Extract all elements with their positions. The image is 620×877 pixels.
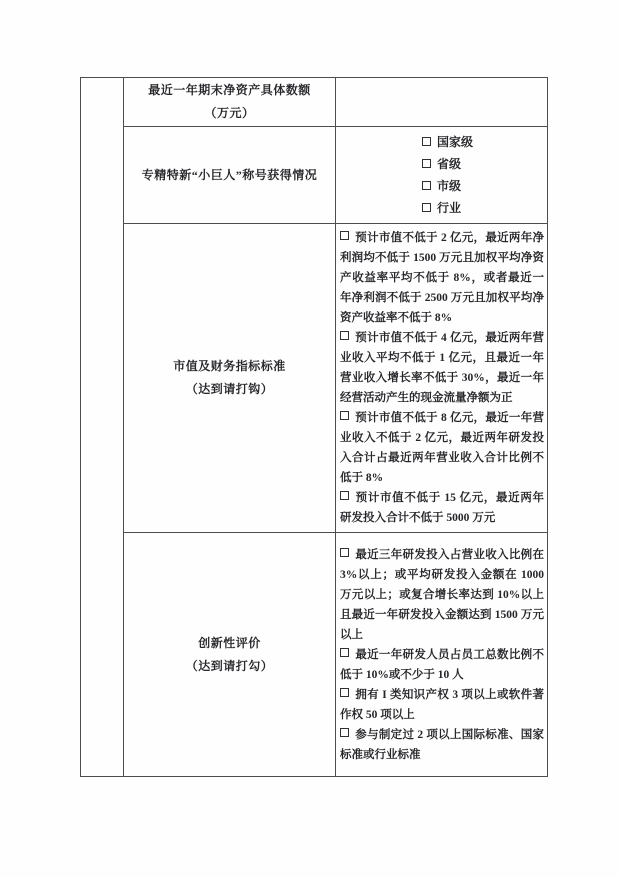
criteria-item-innov-1: 最近三年研发投入占营业收入比例在 3%以上；或平均研发投入金额在 1000 万元…: [340, 545, 544, 645]
row-label-innovation-line1: 创新性评价: [125, 632, 334, 655]
scanned-document-page: 最近一年期末净资产具体数额 （万元） 专精特新“小巨人”称号获得情况 国家级 省…: [0, 0, 620, 877]
table-row-market-criteria: 市值及财务指标标准 （达到请打钩） 预计市值不低于 2 亿元，最近两年净利润均不…: [81, 224, 548, 533]
left-span-cell: [81, 78, 124, 777]
criteria-item-innov-3: 拥有 I 类知识产权 3 项以上或软件著作权 50 项以上: [340, 685, 544, 725]
innovation-criteria-cell: 最近三年研发投入占营业收入比例在 3%以上；或平均研发投入金额在 1000 万元…: [336, 533, 548, 777]
option-municipal[interactable]: 市级: [422, 175, 544, 197]
little-giant-options-cell: 国家级 省级 市级 行业: [336, 127, 548, 224]
option-label: 市级: [437, 179, 461, 193]
checkbox-icon[interactable]: [340, 491, 349, 500]
checkbox-icon[interactable]: [422, 137, 431, 146]
row-label-innovation-line2: （达到请打勾）: [125, 655, 334, 678]
criteria-item-text: 最近一年研发人员占员工总数比例不低于 10%或不少于 10 人: [340, 649, 544, 681]
table-row-innovation: 创新性评价 （达到请打勾） 最近三年研发投入占营业收入比例在 3%以上；或平均研…: [81, 533, 548, 777]
checkbox-icon[interactable]: [340, 231, 349, 240]
row-label-net-assets-line1: 最近一年期末净资产具体数额: [125, 79, 334, 102]
row-label-innovation: 创新性评价 （达到请打勾）: [124, 533, 336, 777]
net-assets-value-cell[interactable]: [336, 78, 548, 127]
criteria-item-market-3: 预计市值不低于 8 亿元，最近一年营业收入不低于 2 亿元，最近两年研发投入合计…: [340, 408, 544, 488]
row-label-market-criteria: 市值及财务指标标准 （达到请打钩）: [124, 224, 336, 533]
table-row-net-assets: 最近一年期末净资产具体数额 （万元）: [81, 78, 548, 127]
table-row-little-giant-title: 专精特新“小巨人”称号获得情况 国家级 省级 市级 行业: [81, 127, 548, 224]
checkbox-icon[interactable]: [422, 181, 431, 190]
criteria-table: 最近一年期末净资产具体数额 （万元） 专精特新“小巨人”称号获得情况 国家级 省…: [80, 77, 548, 777]
row-label-market-line1: 市值及财务指标标准: [125, 355, 334, 378]
criteria-item-innov-4: 参与制定过 2 项以上国际标准、国家标准或行业标准: [340, 725, 544, 765]
checkbox-icon[interactable]: [422, 159, 431, 168]
option-industry[interactable]: 行业: [422, 197, 544, 219]
checkbox-icon[interactable]: [340, 728, 349, 737]
row-label-net-assets-line2: （万元）: [125, 102, 334, 125]
criteria-item-market-2: 预计市值不低于 4 亿元，最近两年营业收入平均不低于 1 亿元，且最近一年营业收…: [340, 328, 544, 408]
checkbox-icon[interactable]: [340, 548, 349, 557]
criteria-item-text: 预计市值不低于 2 亿元，最近两年净利润均不低于 1500 万元且加权平均净资产…: [340, 232, 544, 324]
criteria-item-text: 预计市值不低于 8 亿元，最近一年营业收入不低于 2 亿元，最近两年研发投入合计…: [340, 412, 544, 484]
checkbox-icon[interactable]: [340, 648, 349, 657]
criteria-item-market-1: 预计市值不低于 2 亿元，最近两年净利润均不低于 1500 万元且加权平均净资产…: [340, 228, 544, 328]
row-label-net-assets: 最近一年期末净资产具体数额 （万元）: [124, 78, 336, 127]
option-national[interactable]: 国家级: [422, 131, 544, 153]
option-label: 省级: [437, 157, 461, 171]
checkbox-icon[interactable]: [422, 203, 431, 212]
criteria-item-market-4: 预计市值不低于 15 亿元，最近两年研发投入合计不低于 5000 万元: [340, 488, 544, 528]
option-provincial[interactable]: 省级: [422, 153, 544, 175]
checkbox-icon[interactable]: [340, 331, 349, 340]
checkbox-icon[interactable]: [340, 411, 349, 420]
option-label: 行业: [437, 201, 461, 215]
row-label-little-giant-text: 专精特新“小巨人”称号获得情况: [125, 164, 334, 187]
criteria-item-text: 最近三年研发投入占营业收入比例在 3%以上；或平均研发投入金额在 1000 万元…: [340, 549, 544, 641]
checkbox-icon[interactable]: [340, 688, 349, 697]
market-criteria-cell: 预计市值不低于 2 亿元，最近两年净利润均不低于 1500 万元且加权平均净资产…: [336, 224, 548, 533]
row-label-market-line2: （达到请打钩）: [125, 378, 334, 401]
row-label-little-giant: 专精特新“小巨人”称号获得情况: [124, 127, 336, 224]
criteria-item-text: 预计市值不低于 15 亿元，最近两年研发投入合计不低于 5000 万元: [340, 492, 544, 524]
criteria-item-innov-2: 最近一年研发人员占员工总数比例不低于 10%或不少于 10 人: [340, 645, 544, 685]
criteria-item-text: 参与制定过 2 项以上国际标准、国家标准或行业标准: [340, 729, 544, 761]
criteria-item-text: 预计市值不低于 4 亿元，最近两年营业收入平均不低于 1 亿元，且最近一年营业收…: [340, 332, 544, 404]
criteria-item-text: 拥有 I 类知识产权 3 项以上或软件著作权 50 项以上: [340, 689, 544, 721]
option-label: 国家级: [437, 135, 473, 149]
